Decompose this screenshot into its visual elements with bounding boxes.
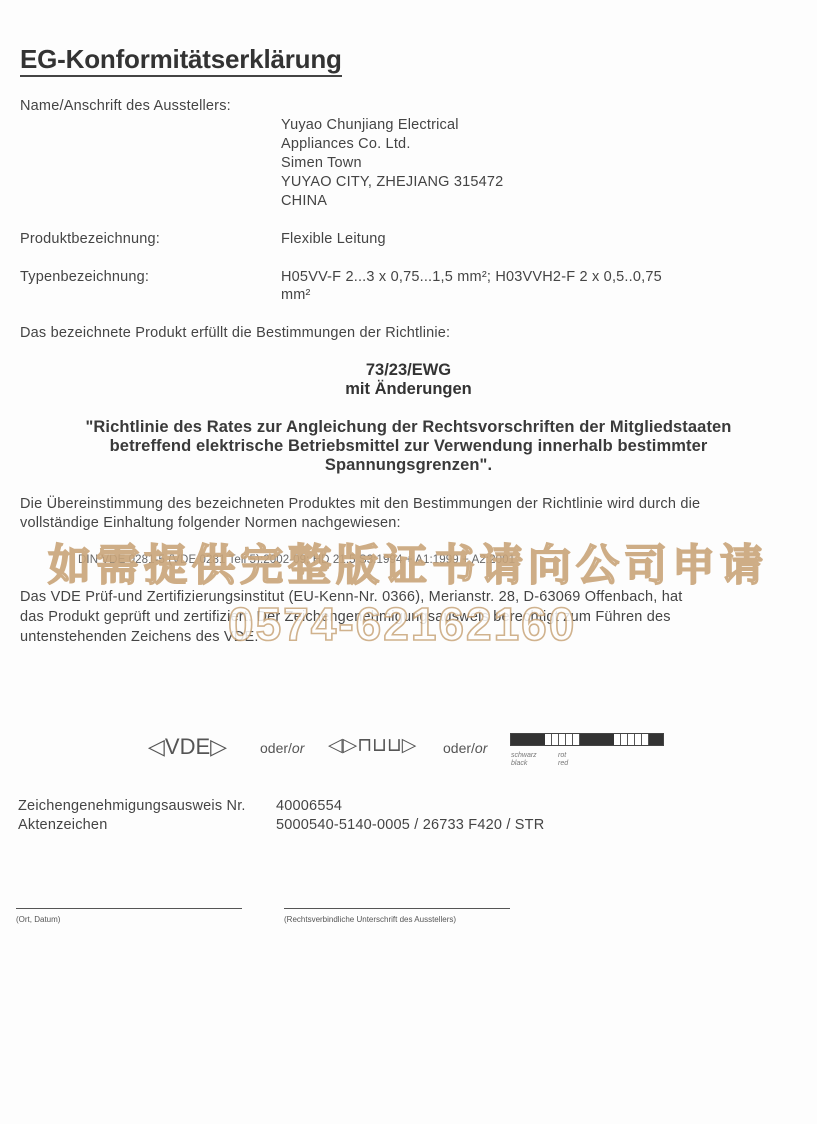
or-de: oder/ <box>260 740 292 756</box>
signature-label-issuer: (Rechtsverbindliche Unterschrift des Aus… <box>284 915 456 924</box>
or-en: or <box>292 740 304 756</box>
file-number: 5000540-5140-0005 / 26733 F420 / STR <box>276 816 544 835</box>
or-label: oder/or <box>443 740 487 756</box>
address-line: YUYAO CITY, ZHEJIANG 315472 <box>281 173 503 192</box>
directive-number: 73/23/EWG <box>0 361 817 380</box>
or-de: oder/ <box>443 740 475 756</box>
signature-line-place-date <box>16 908 242 909</box>
label-de: rot <box>558 752 568 760</box>
label-en: red <box>558 760 568 768</box>
approval-number: 40006554 <box>276 797 342 816</box>
directive-title-line: betreffend elektrische Betriebsmittel zu… <box>0 437 817 457</box>
product-value: Flexible Leitung <box>281 230 386 249</box>
har-mark-icon: ◁▷⊓⊔⊔▷ <box>328 734 416 757</box>
type-value-cont: mm² <box>281 286 311 305</box>
watermark-phone: 0574-62162160 <box>228 597 576 651</box>
approval-label: Zeichengenehmigungsausweis Nr. <box>18 797 246 816</box>
stripe-label-red: rot red <box>558 752 568 768</box>
address-line: Appliances Co. Ltd. <box>281 135 503 154</box>
cable-marking-stripe-icon <box>510 733 664 746</box>
or-en: or <box>475 740 487 756</box>
issuer-address: Yuyao Chunjiang Electrical Appliances Co… <box>281 116 503 211</box>
signature-line-issuer <box>284 908 510 909</box>
label-en: black <box>511 760 537 768</box>
directive-title-line: "Richtlinie des Rates zur Angleichung de… <box>0 418 817 438</box>
address-line: Simen Town <box>281 154 503 173</box>
file-label: Aktenzeichen <box>18 816 107 835</box>
address-line: Yuyao Chunjiang Electrical <box>281 116 503 135</box>
vde-mark-icon: ◁VDE▷ <box>148 734 227 760</box>
stripe-label-black: schwarz black <box>511 752 537 768</box>
signature-label-place-date: (Ort, Datum) <box>16 915 60 924</box>
label-de: schwarz <box>511 752 537 760</box>
directive-amendments: mit Änderungen <box>0 380 817 399</box>
issuer-label: Name/Anschrift des Ausstellers: <box>20 97 231 116</box>
watermark-text: 如需提供完整版证书请向公司申请 <box>48 532 768 593</box>
document-title: EG-Konformitätserklärung <box>20 44 342 77</box>
type-label: Typenbezeichnung: <box>20 268 149 287</box>
compliance-intro: Das bezeichnete Produkt erfüllt die Best… <box>20 324 450 343</box>
type-value: H05VV-F 2...3 x 0,75...1,5 mm²; H03VVH2-… <box>281 268 662 287</box>
conformity-text: vollständige Einhaltung folgender Normen… <box>20 514 401 533</box>
address-line: CHINA <box>281 192 503 211</box>
vde-text: untenstehenden Zeichens des VDE. <box>20 628 259 647</box>
conformity-text: Die Übereinstimmung des bezeichneten Pro… <box>20 495 700 514</box>
product-label: Produktbezeichnung: <box>20 230 160 249</box>
directive-title-line: Spannungsgrenzen". <box>0 456 817 476</box>
or-label: oder/or <box>260 740 304 756</box>
